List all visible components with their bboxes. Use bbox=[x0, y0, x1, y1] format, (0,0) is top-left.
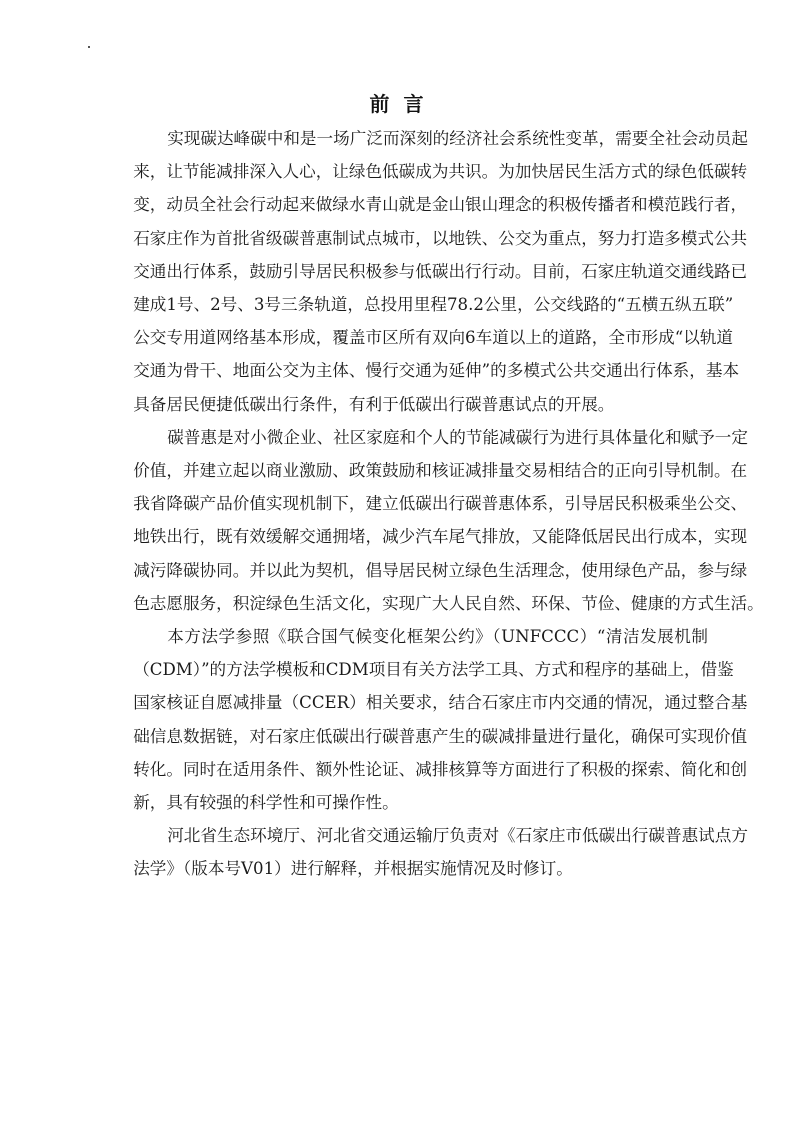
text-line: 转化。同时在适用条件、额外性论证、减排核算等方面进行了积极的探索、简化和创 bbox=[100, 753, 708, 786]
text-line: 法学》（版本号V01）进行解释，并根据实施情况及时修订。 bbox=[100, 852, 708, 885]
text-line: 公交专用道网络基本形成，覆盖市区所有双向6车道以上的道路，全市形成“以轨道 bbox=[100, 321, 708, 354]
paragraph-1: 实现碳达峰碳中和是一场广泛而深刻的经济社会系统性变革，需要全社会动员起 来，让节… bbox=[100, 122, 708, 421]
corner-mark bbox=[88, 46, 90, 48]
paragraph-3: 本方法学参照《联合国气候变化框架公约》（UNFCCC）“清洁发展机制 （CDM）… bbox=[100, 620, 708, 819]
text-line: 石家庄作为首批省级碳普惠制试点城市，以地铁、公交为重点，努力打造多模式公共 bbox=[100, 222, 708, 255]
document-page: 前言 实现碳达峰碳中和是一场广泛而深刻的经济社会系统性变革，需要全社会动员起 来… bbox=[0, 0, 793, 1123]
text-line: 碳普惠是对小微企业、社区家庭和个人的节能减碳行为进行具体量化和赋予一定 bbox=[100, 421, 708, 454]
text-line: 交通为骨干、地面公交为主体、慢行交通为延伸”的多模式公共交通出行体系，基本 bbox=[100, 354, 708, 387]
text-line: 新，具有较强的科学性和可操作性。 bbox=[100, 786, 708, 819]
document-body: 实现碳达峰碳中和是一场广泛而深刻的经济社会系统性变革，需要全社会动员起 来，让节… bbox=[100, 122, 708, 886]
text-line: 具备居民便捷低碳出行条件，有利于低碳出行碳普惠试点的开展。 bbox=[100, 388, 708, 421]
text-line: 地铁出行，既有效缓解交通拥堵，减少汽车尾气排放，又能降低居民出行成本，实现 bbox=[100, 520, 708, 553]
text-line: 我省降碳产品价值实现机制下，建立低碳出行碳普惠体系，引导居民积极乘坐公交、 bbox=[100, 487, 708, 520]
text-line: 础信息数据链，对石家庄低碳出行碳普惠产生的碳减排量进行量化，确保可实现价值 bbox=[100, 720, 708, 753]
text-line: 本方法学参照《联合国气候变化框架公约》（UNFCCC）“清洁发展机制 bbox=[100, 620, 708, 653]
paragraph-2: 碳普惠是对小微企业、社区家庭和个人的节能减碳行为进行具体量化和赋予一定 价值，并… bbox=[100, 421, 708, 620]
text-line: 国家核证自愿减排量（CCER）相关要求，结合石家庄市内交通的情况，通过整合基 bbox=[100, 686, 708, 719]
text-line: 来，让节能减排深入人心，让绿色低碳成为共识。为加快居民生活方式的绿色低碳转 bbox=[100, 155, 708, 188]
text-line: 减污降碳协同。并以此为契机，倡导居民树立绿色生活理念，使用绿色产品，参与绿 bbox=[100, 554, 708, 587]
text-line: 变，动员全社会行动起来做绿水青山就是金山银山理念的积极传播者和模范践行者， bbox=[100, 188, 708, 221]
text-line: 实现碳达峰碳中和是一场广泛而深刻的经济社会系统性变革，需要全社会动员起 bbox=[100, 122, 708, 155]
text-line: 河北省生态环境厅、河北省交通运输厅负责对《石家庄市低碳出行碳普惠试点方 bbox=[100, 819, 708, 852]
text-line: 价值，并建立起以商业激励、政策鼓励和核证减排量交易相结合的正向引导机制。在 bbox=[100, 454, 708, 487]
text-line: 交通出行体系，鼓励引导居民积极参与低碳出行行动。目前，石家庄轨道交通线路已 bbox=[100, 255, 708, 288]
text-line: （CDM）”的方法学模板和CDM项目有关方法学工具、方式和程序的基础上，借鉴 bbox=[100, 653, 708, 686]
page-title: 前言 bbox=[0, 88, 793, 117]
text-line: 色志愿服务，积淀绿色生活文化，实现广大人民自然、环保、节俭、健康的方式生活。 bbox=[100, 587, 708, 620]
paragraph-4: 河北省生态环境厅、河北省交通运输厅负责对《石家庄市低碳出行碳普惠试点方 法学》（… bbox=[100, 819, 708, 885]
text-line: 建成1号、2号、3号三条轨道，总投用里程78.2公里，公交线路的“五横五纵五联” bbox=[100, 288, 708, 321]
